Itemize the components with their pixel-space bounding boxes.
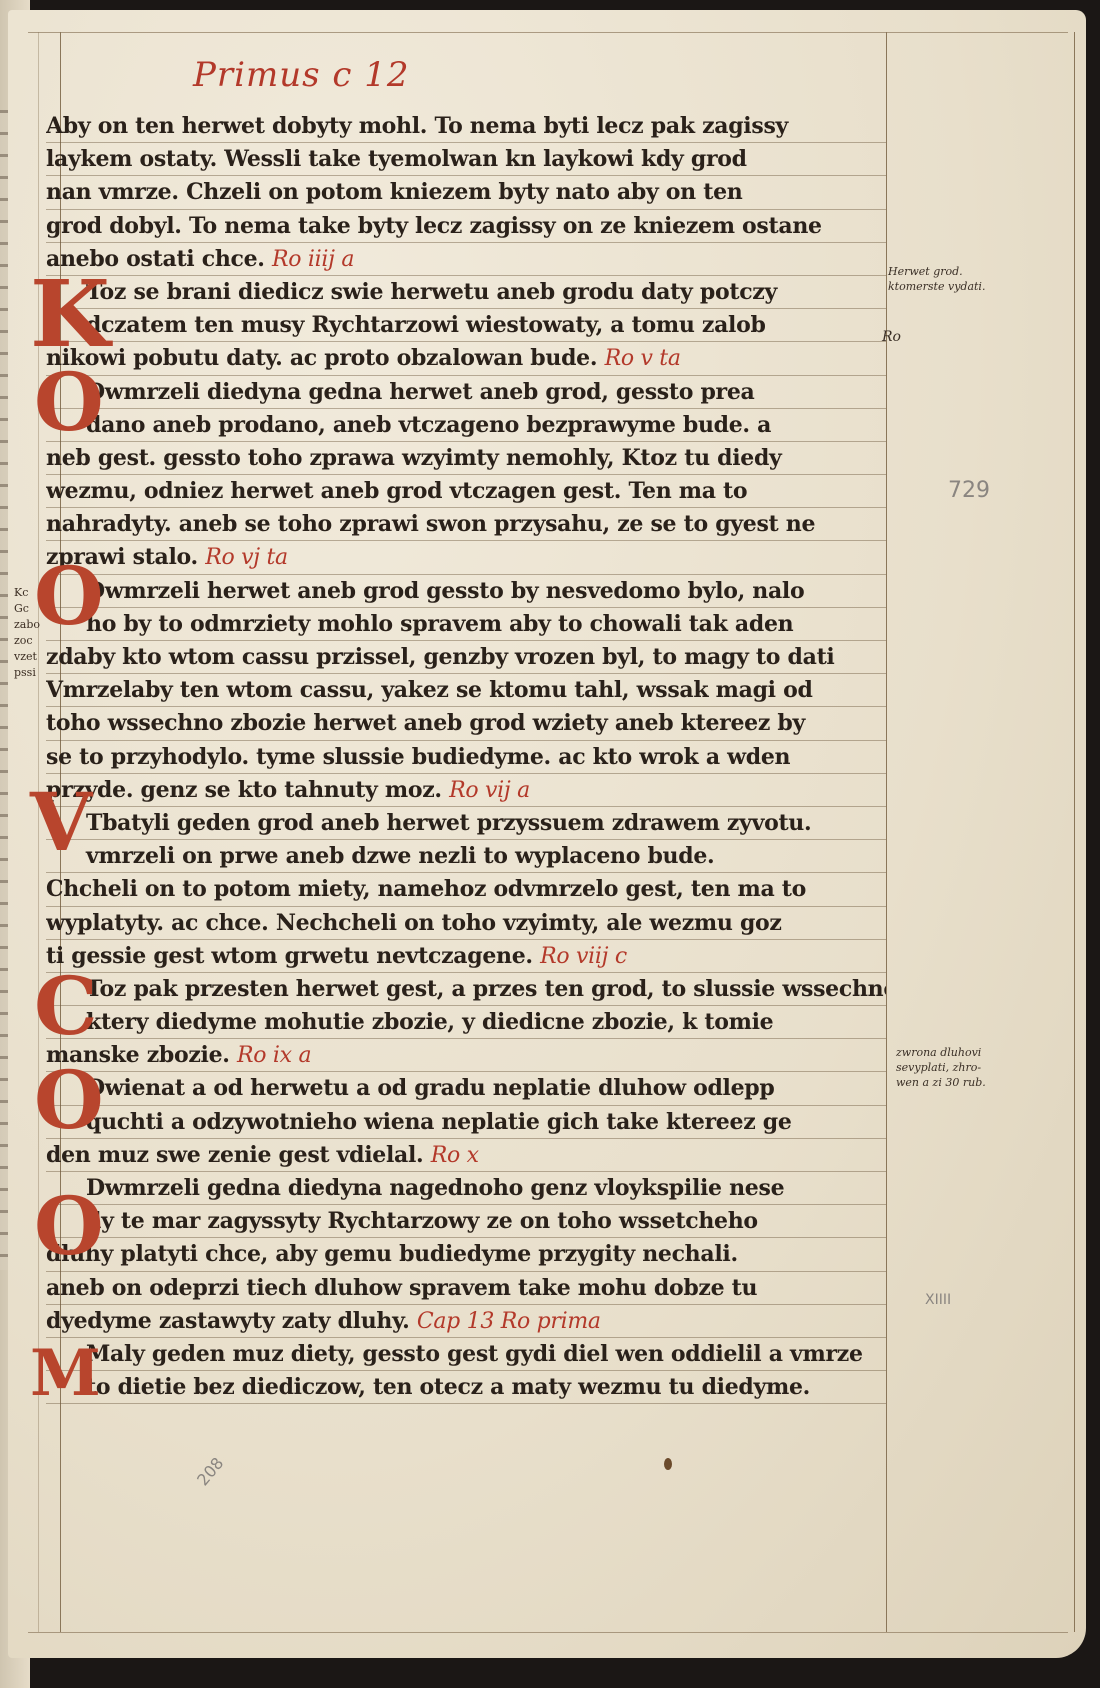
text-line: dy te mar zagyssyty Rychtarzowy ze on to… [46,1205,886,1238]
text-line: Dwmrzeli gedna diedyna nagednoho genz vl… [46,1172,886,1205]
initial-o: O [34,362,104,442]
rubric: Ro ix a [237,1043,311,1068]
text-line: przyde. genz se kto tahnuty moz. Ro vij … [46,774,886,807]
text-line: wyplatyty. ac chce. Nechcheli on toho vz… [46,907,886,940]
text-line: Toz se brani diedicz swie herwetu aneb g… [46,276,886,309]
left-margin-notes: Kc Gc zabo zoc vzet pssi [14,585,40,681]
margin-note-line: Gc [14,601,40,617]
margin-note-line: ktomerste vydati. [888,279,985,294]
text-line: Dwmrzeli diedyna gedna herwet aneb grod,… [46,376,886,409]
text-line: dczatem ten musy Rychtarzowi wiestowaty,… [46,309,886,342]
bottom-ruling [28,1632,1068,1633]
text-line: Maly geden muz diety, gessto gest gydi d… [46,1338,886,1371]
text-line: den muz swe zenie gest vdielal. Ro x [46,1139,886,1172]
text-line: Chcheli on to potom miety, namehoz odvmr… [46,873,886,906]
text-line: Tbatyli geden grod aneb herwet przyssuem… [46,807,886,840]
margin-note-line: zoc [14,633,40,649]
text-block: Aby on ten herwet dobyty mohl. To nema b… [46,110,886,1404]
text-line: Aby on ten herwet dobyty mohl. To nema b… [46,110,886,143]
text-line: Vmrzelaby ten wtom cassu, yakez se ktomu… [46,674,886,707]
text-line: to dietie bez diediczow, ten otecz a mat… [46,1371,886,1404]
rubric: Cap 13 Ro prima [417,1309,601,1334]
pencil-quire-signature: XIIII [925,1292,951,1308]
text-line: nikowi pobutu daty. ac proto obzalowan b… [46,342,886,375]
text-line: ho by to odmrziety mohlo spravem aby to … [46,608,886,641]
text-line: wezmu, odniez herwet aneb grod vtczagen … [46,475,886,508]
initial-v: V [30,782,92,862]
text-line: aneb on odeprzi tiech dluhow spravem tak… [46,1272,886,1305]
margin-note-line: zwrona dluhovi [896,1045,986,1060]
text-line: nahradyty. aneb se toho zprawi swon przy… [46,508,886,541]
margin-note-line: sevyplati, zhro- [896,1060,986,1075]
text-line: dyedyme zastawyty zaty dluhy. Cap 13 Ro … [46,1305,886,1338]
text-line: zprawi stalo. Ro vj ta [46,541,886,574]
running-heading: Primus c 12 [193,55,410,95]
margin-note-line: Kc [14,585,40,601]
margin-note-herwet: Herwet grod. ktomerste vydati. [888,264,985,294]
rubric: Ro viij c [540,944,627,969]
rubric: Ro vj ta [205,545,288,570]
rubric: Ro x [431,1143,479,1168]
text-line: manske zbozie. Ro ix a [46,1039,886,1072]
text-line: se to przyhodylo. tyme slussie budiedyme… [46,741,886,774]
text-line: dano aneb prodano, aneb vtczageno bezpra… [46,409,886,442]
margin-note-ro: Ro [882,330,901,345]
rubric: Ro iiij a [272,247,354,272]
outer-right-ruling [1074,32,1075,1632]
text-line: grod dobyl. To nema take byty lecz zagis… [46,210,886,243]
text-line: toho wssechno zbozie herwet aneb grod wz… [46,707,886,740]
initial-o: O [34,1060,104,1140]
initial-c: C [34,966,98,1046]
text-line: Dwmrzeli herwet aneb grod gessto by nesv… [46,575,886,608]
initial-o: O [34,556,104,636]
margin-note-line: Herwet grod. [888,264,985,279]
margin-note-line: vzet [14,649,40,665]
text-line: anebo ostati chce. Ro iiij a [46,243,886,276]
text-line: ti gessie gest wtom grwetu nevtczagene. … [46,940,886,973]
text-line: quchti a odzywotnieho wiena neplatie gic… [46,1106,886,1139]
text-line: zdaby kto wtom cassu przissel, genzby vr… [46,641,886,674]
text-line: Dwienat a od herwetu a od gradu neplatie… [46,1072,886,1105]
text-line: nan vmrze. Chzeli on potom kniezem byty … [46,176,886,209]
margin-note-line: pssi [14,665,40,681]
text-line: dluhy platyti chce, aby gemu budiedyme p… [46,1238,886,1271]
ink-stain [664,1458,672,1470]
text-line: ktery diedyme mohutie zbozie, y diedicne… [46,1006,886,1039]
pencil-folio-number: 729 [948,478,990,503]
initial-k: K [30,268,110,360]
text-line: neb gest. gessto toho zprawa wzyimty nem… [46,442,886,475]
rubric: Ro v ta [605,346,681,371]
text-line: vmrzeli on prwe aneb dzwe nezli to wypla… [46,840,886,873]
margin-note-line: zabo [14,617,40,633]
rubric: Ro vij a [449,778,530,803]
text-right-ruling [886,32,887,1632]
margin-note-dluhy: zwrona dluhovi sevyplati, zhro- wen a zi… [896,1045,986,1090]
text-line: Toz pak przesten herwet gest, a przes te… [46,973,886,1006]
text-line: laykem ostaty. Wessli take tyemolwan kn … [46,143,886,176]
top-ruling [28,32,1068,33]
initial-m: M [30,1342,101,1406]
initial-o: O [34,1186,104,1266]
margin-note-line: wen a zi 30 rub. [896,1075,986,1090]
